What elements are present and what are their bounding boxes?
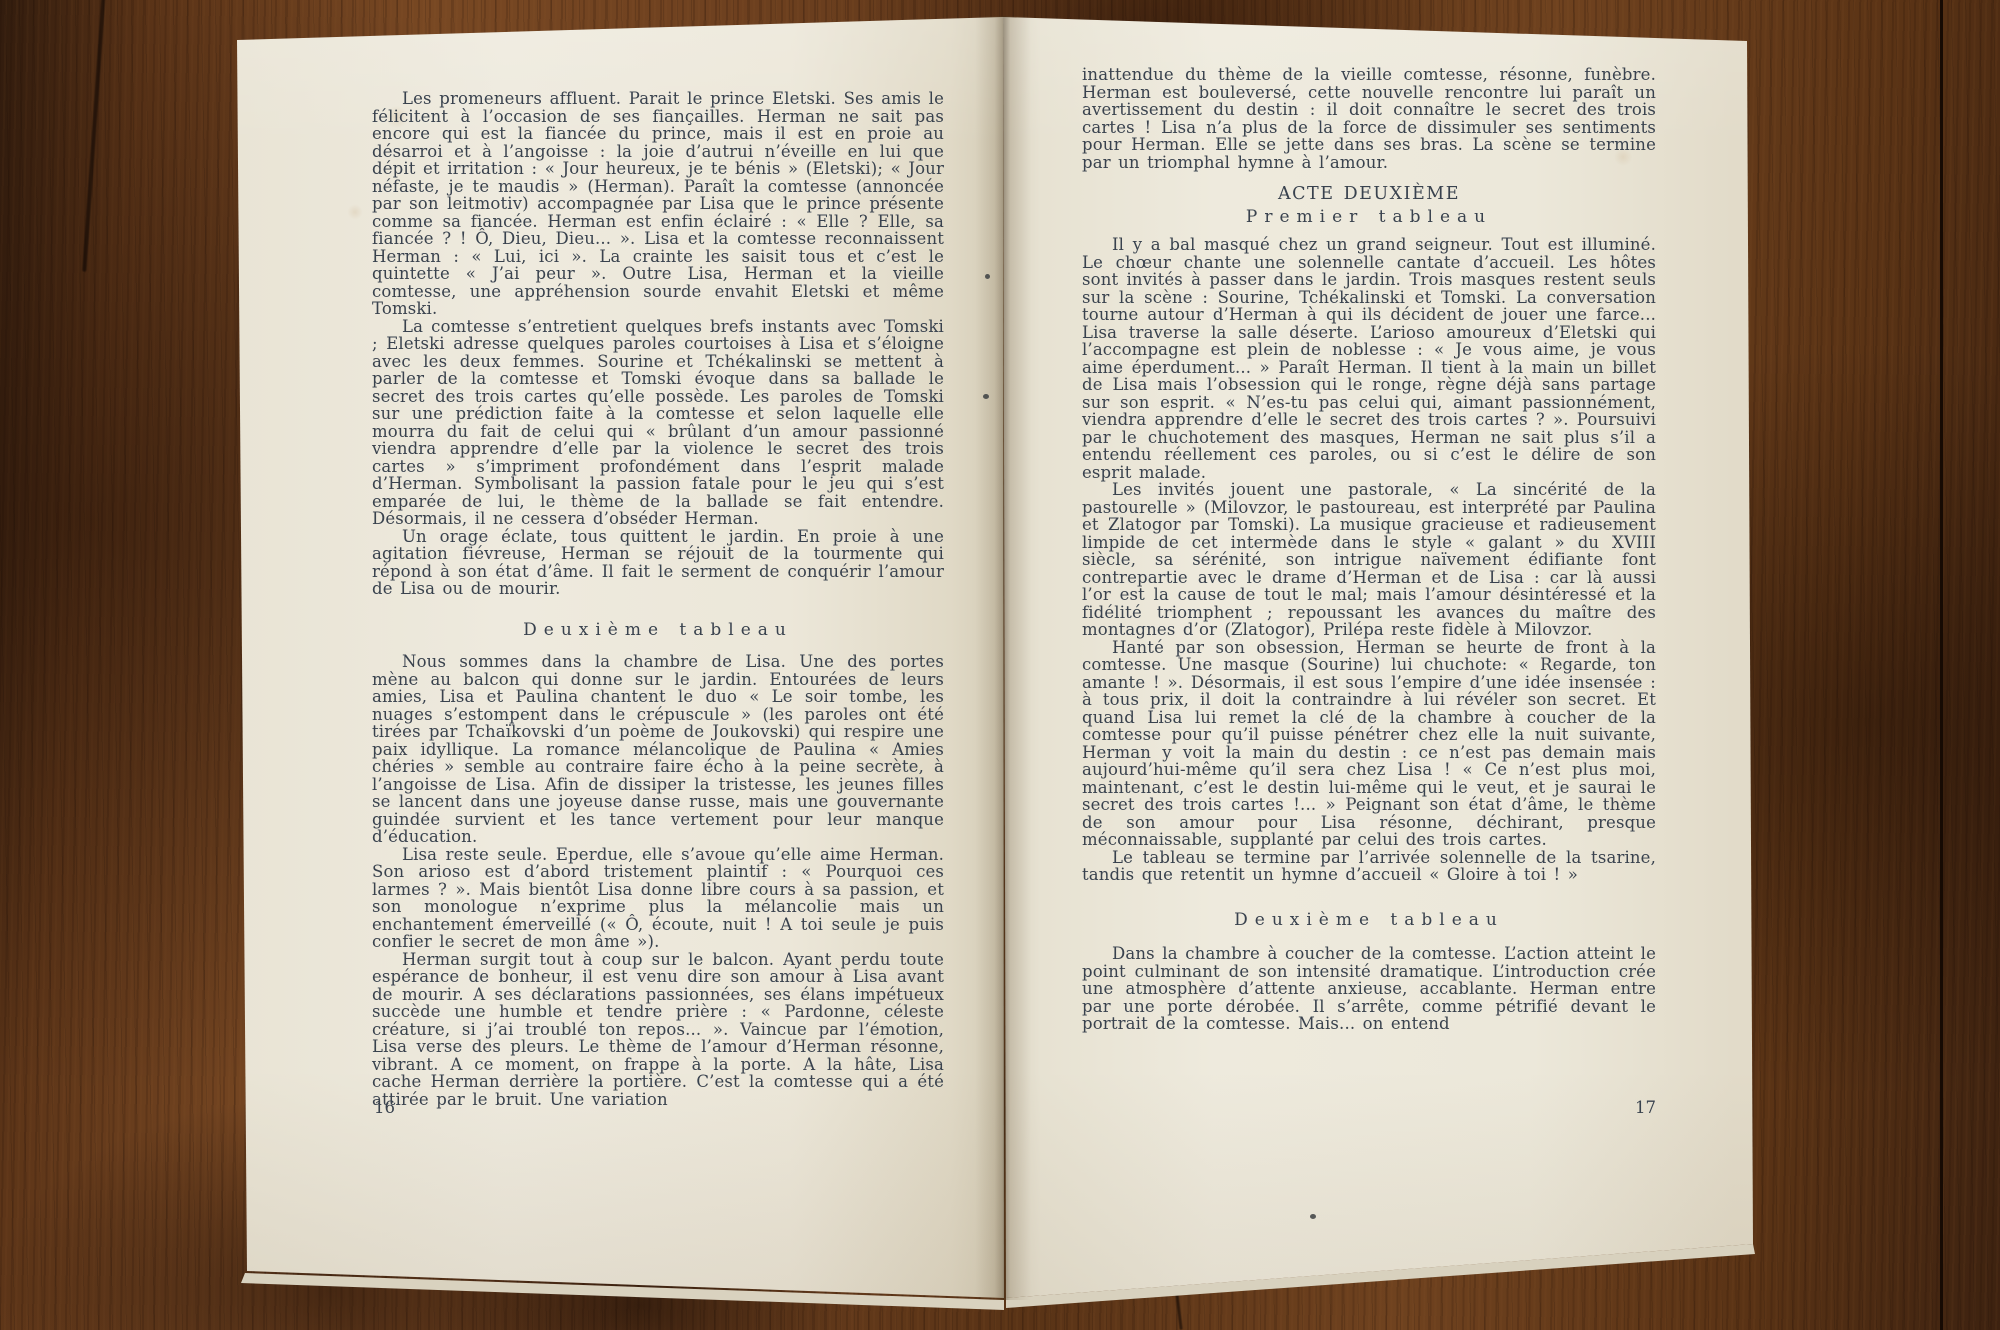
staple-speck: [983, 394, 989, 399]
paragraph: Les invités jouent une pastorale, « La s…: [1082, 481, 1656, 639]
paragraph: Les promeneurs affluent. Parait le princ…: [372, 90, 944, 318]
page-number-left: 16: [374, 1098, 395, 1117]
paragraph: Nous sommes dans la chambre de Lisa. Une…: [372, 653, 944, 846]
paper-speck: [1310, 1214, 1316, 1219]
paragraph: Il y a bal masqué chez un grand seigneur…: [1082, 236, 1656, 481]
book-spine-crease: [975, 16, 1031, 1300]
paragraph: La comtesse s’entretient quelques brefs …: [372, 318, 944, 528]
left-page-text-column: Les promeneurs affluent. Parait le princ…: [372, 90, 944, 1108]
paragraph: Un orage éclate, tous quittent le jardin…: [372, 528, 944, 598]
first-tableau-heading: Premier tableau: [1082, 209, 1656, 227]
paragraph: inattendue du thème de la vieille comtes…: [1082, 66, 1656, 171]
act-heading: ACTE DEUXIÈME: [1082, 186, 1656, 204]
paragraph: Le tableau se termine par l’arrivée sole…: [1082, 849, 1656, 884]
page-number-right: 17: [1082, 1098, 1690, 1117]
paragraph: Lisa reste seule. Eperdue, elle s’avoue …: [372, 846, 944, 951]
second-tableau-heading: Deuxième tableau: [1082, 912, 1656, 930]
paragraph: Dans la chambre à coucher de la comtesse…: [1082, 945, 1656, 1033]
staple-speck: [985, 274, 990, 279]
wood-plank-seam: [1940, 0, 2000, 1330]
right-page-text-column: inattendue du thème de la vieille comtes…: [1082, 66, 1656, 1033]
paragraph: Hanté par son obsession, Herman se heurt…: [1082, 639, 1656, 849]
left-tableau-heading: Deuxième tableau: [372, 622, 944, 640]
paragraph: Herman surgit tout à coup sur le balcon.…: [372, 951, 944, 1109]
